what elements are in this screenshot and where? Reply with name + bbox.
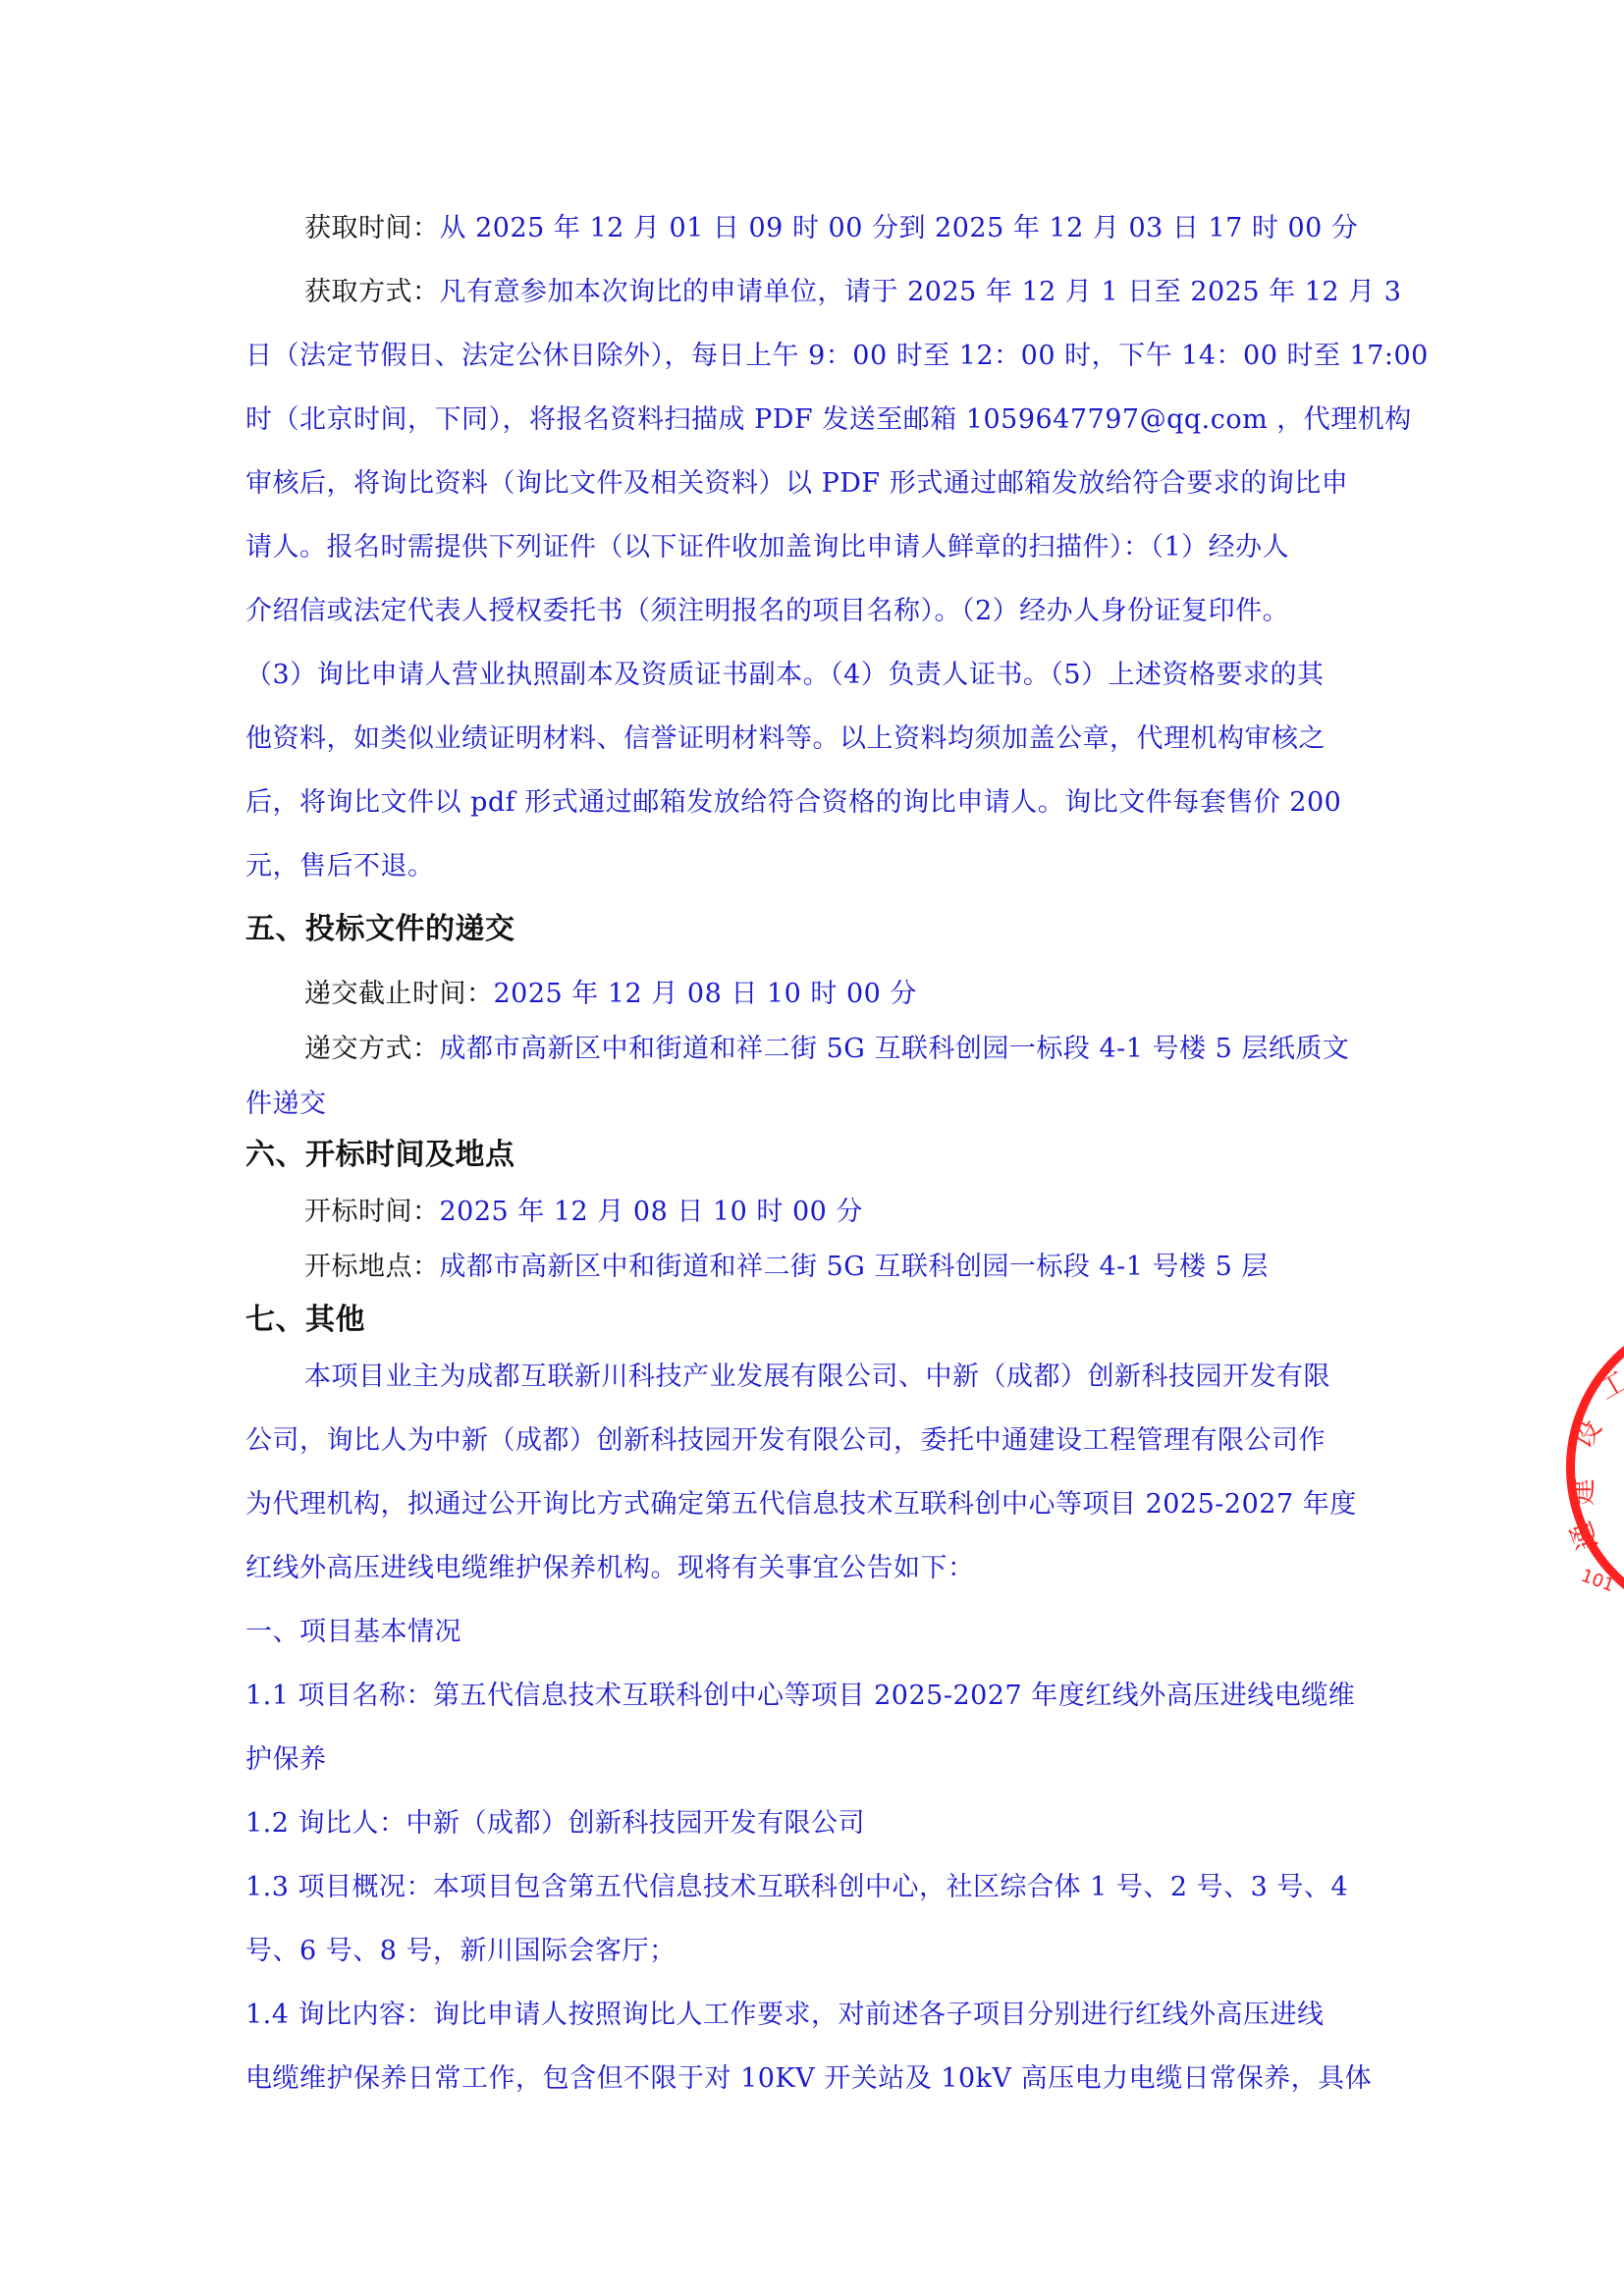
item-line: 护保养 <box>245 1743 327 1777</box>
item-line: 1.2 询比人：中新（成都）创新科技园开发有限公司 <box>245 1807 865 1841</box>
obtain-method-line: 凡有意参加本次询比的申请单位，请于 2025 年 12 月 1 日至 2025 … <box>440 277 1402 307</box>
deadline-row: 递交截止时间：2025 年 12 月 08 日 10 时 00 分 <box>304 978 917 1011</box>
opening-time-row: 开标时间：2025 年 12 月 08 日 10 时 00 分 <box>304 1196 863 1229</box>
section6-heading: 六、开标时间及地点 <box>245 1139 515 1172</box>
submit-method-row: 递交方式：成都市高新区中和街道和祥二街 5G 互联科创园一标段 4-1 号楼 5… <box>304 1033 1349 1066</box>
intro-line: 本项目业主为成都互联新川科技产业发展有限公司、中新（成都）创新科技园开发有限 <box>304 1361 1330 1394</box>
opening-place-row: 开标地点：成都市高新区中和街道和祥二街 5G 互联科创园一标段 4-1 号楼 5… <box>304 1251 1269 1284</box>
obtain-method-line: 他资料，如类似业绩证明材料、信誉证明材料等。以上资料均须加盖公章，代理机构审核之 <box>245 722 1326 756</box>
submit-method-label: 递交方式： <box>304 1034 440 1064</box>
opening-place-label: 开标地点： <box>304 1252 440 1282</box>
opening-time-value: 2025 年 12 月 08 日 10 时 00 分 <box>440 1197 863 1227</box>
obtain-method-line: 时（北京时间，下同），将报名资料扫描成 PDF 发送至邮箱 1059647797… <box>245 403 1412 437</box>
obtain-method-line: 元，售后不退。 <box>245 850 435 883</box>
item-line: 1.4 询比内容：询比申请人按照询比人工作要求，对前述各子项目分别进行红线外高压… <box>245 1999 1325 2032</box>
item-line: 1.3 项目概况：本项目包含第五代信息技术互联科创中心，社区综合体 1 号、2 … <box>245 1871 1348 1904</box>
item-line: 号、6 号、8 号，新川国际会客厅； <box>245 1935 677 1968</box>
obtain-method-label: 获取方式： <box>304 277 440 307</box>
project-basic-heading: 一、项目基本情况 <box>245 1616 461 1649</box>
intro-line: 红线外高压进线电缆维护保养机构。现将有关事宜公告如下： <box>245 1552 975 1585</box>
obtain-method-line: 日（法定节假日、法定公休日除外），每日上午 9：00 时至 12：00 时，下午… <box>245 340 1429 373</box>
obtain-method-line: 审核后，将询比资料（询比文件及相关资料）以 PDF 形式通过邮箱发放给符合要求的… <box>245 467 1348 501</box>
opening-time-label: 开标时间： <box>304 1197 440 1227</box>
opening-place-value: 成都市高新区中和街道和祥二街 5G 互联科创园一标段 4-1 号楼 5 层 <box>440 1252 1269 1282</box>
intro-line: 为代理机构，拟通过公开询比方式确定第五代信息技术互联科创中心等项目 2025-2… <box>245 1488 1357 1522</box>
obtain-method-line: （3）询比申请人营业执照副本及资质证书副本。（4）负责人证书。（5）上述资格要求… <box>245 659 1325 692</box>
submit-method-value: 成都市高新区中和街道和祥二街 5G 互联科创园一标段 4-1 号楼 5 层纸质文 <box>440 1034 1350 1064</box>
obtain-method-line: 介绍信或法定代表人授权委托书（须注明报名的项目名称）。（2）经办人身份证复印件。 <box>245 595 1289 628</box>
deadline-label: 递交截止时间： <box>304 979 494 1009</box>
obtain-method-line: 后，将询比文件以 pdf 形式通过邮箱发放给符合资格的询比申请人。询比文件每套售… <box>245 786 1341 820</box>
obtain-method-line: 请人。报名时需提供下列证件（以下证件收加盖询比申请人鲜章的扫描件）：（1）经办人 <box>245 531 1289 564</box>
obtain-time-row: 获取时间：从 2025 年 12 月 01 日 09 时 00 分到 2025 … <box>304 212 1358 245</box>
item-line: 1.1 项目名称：第五代信息技术互联科创中心等项目 2025-2027 年度红线… <box>245 1680 1355 1713</box>
obtain-time-label: 获取时间： <box>304 213 440 243</box>
obtain-time-value: 从 2025 年 12 月 01 日 09 时 00 分到 2025 年 12 … <box>440 213 1359 243</box>
section5-heading: 五、投标文件的递交 <box>245 913 515 946</box>
item-line: 电缆维护保养日常工作，包含但不限于对 10KV 开关站及 10kV 高压电力电缆… <box>245 2062 1372 2096</box>
stamp-char: 建 <box>1561 1478 1600 1506</box>
submit-method-continued: 件递交 <box>245 1088 327 1121</box>
deadline-value: 2025 年 12 月 08 日 10 时 00 分 <box>494 979 917 1009</box>
section7-heading: 七、其他 <box>245 1304 365 1337</box>
intro-line: 公司，询比人为中新（成都）创新科技园开发有限公司，委托中通建设工程管理有限公司作 <box>245 1424 1326 1458</box>
obtain-method-row: 获取方式：凡有意参加本次询比的申请单位，请于 2025 年 12 月 1 日至 … <box>304 276 1401 309</box>
